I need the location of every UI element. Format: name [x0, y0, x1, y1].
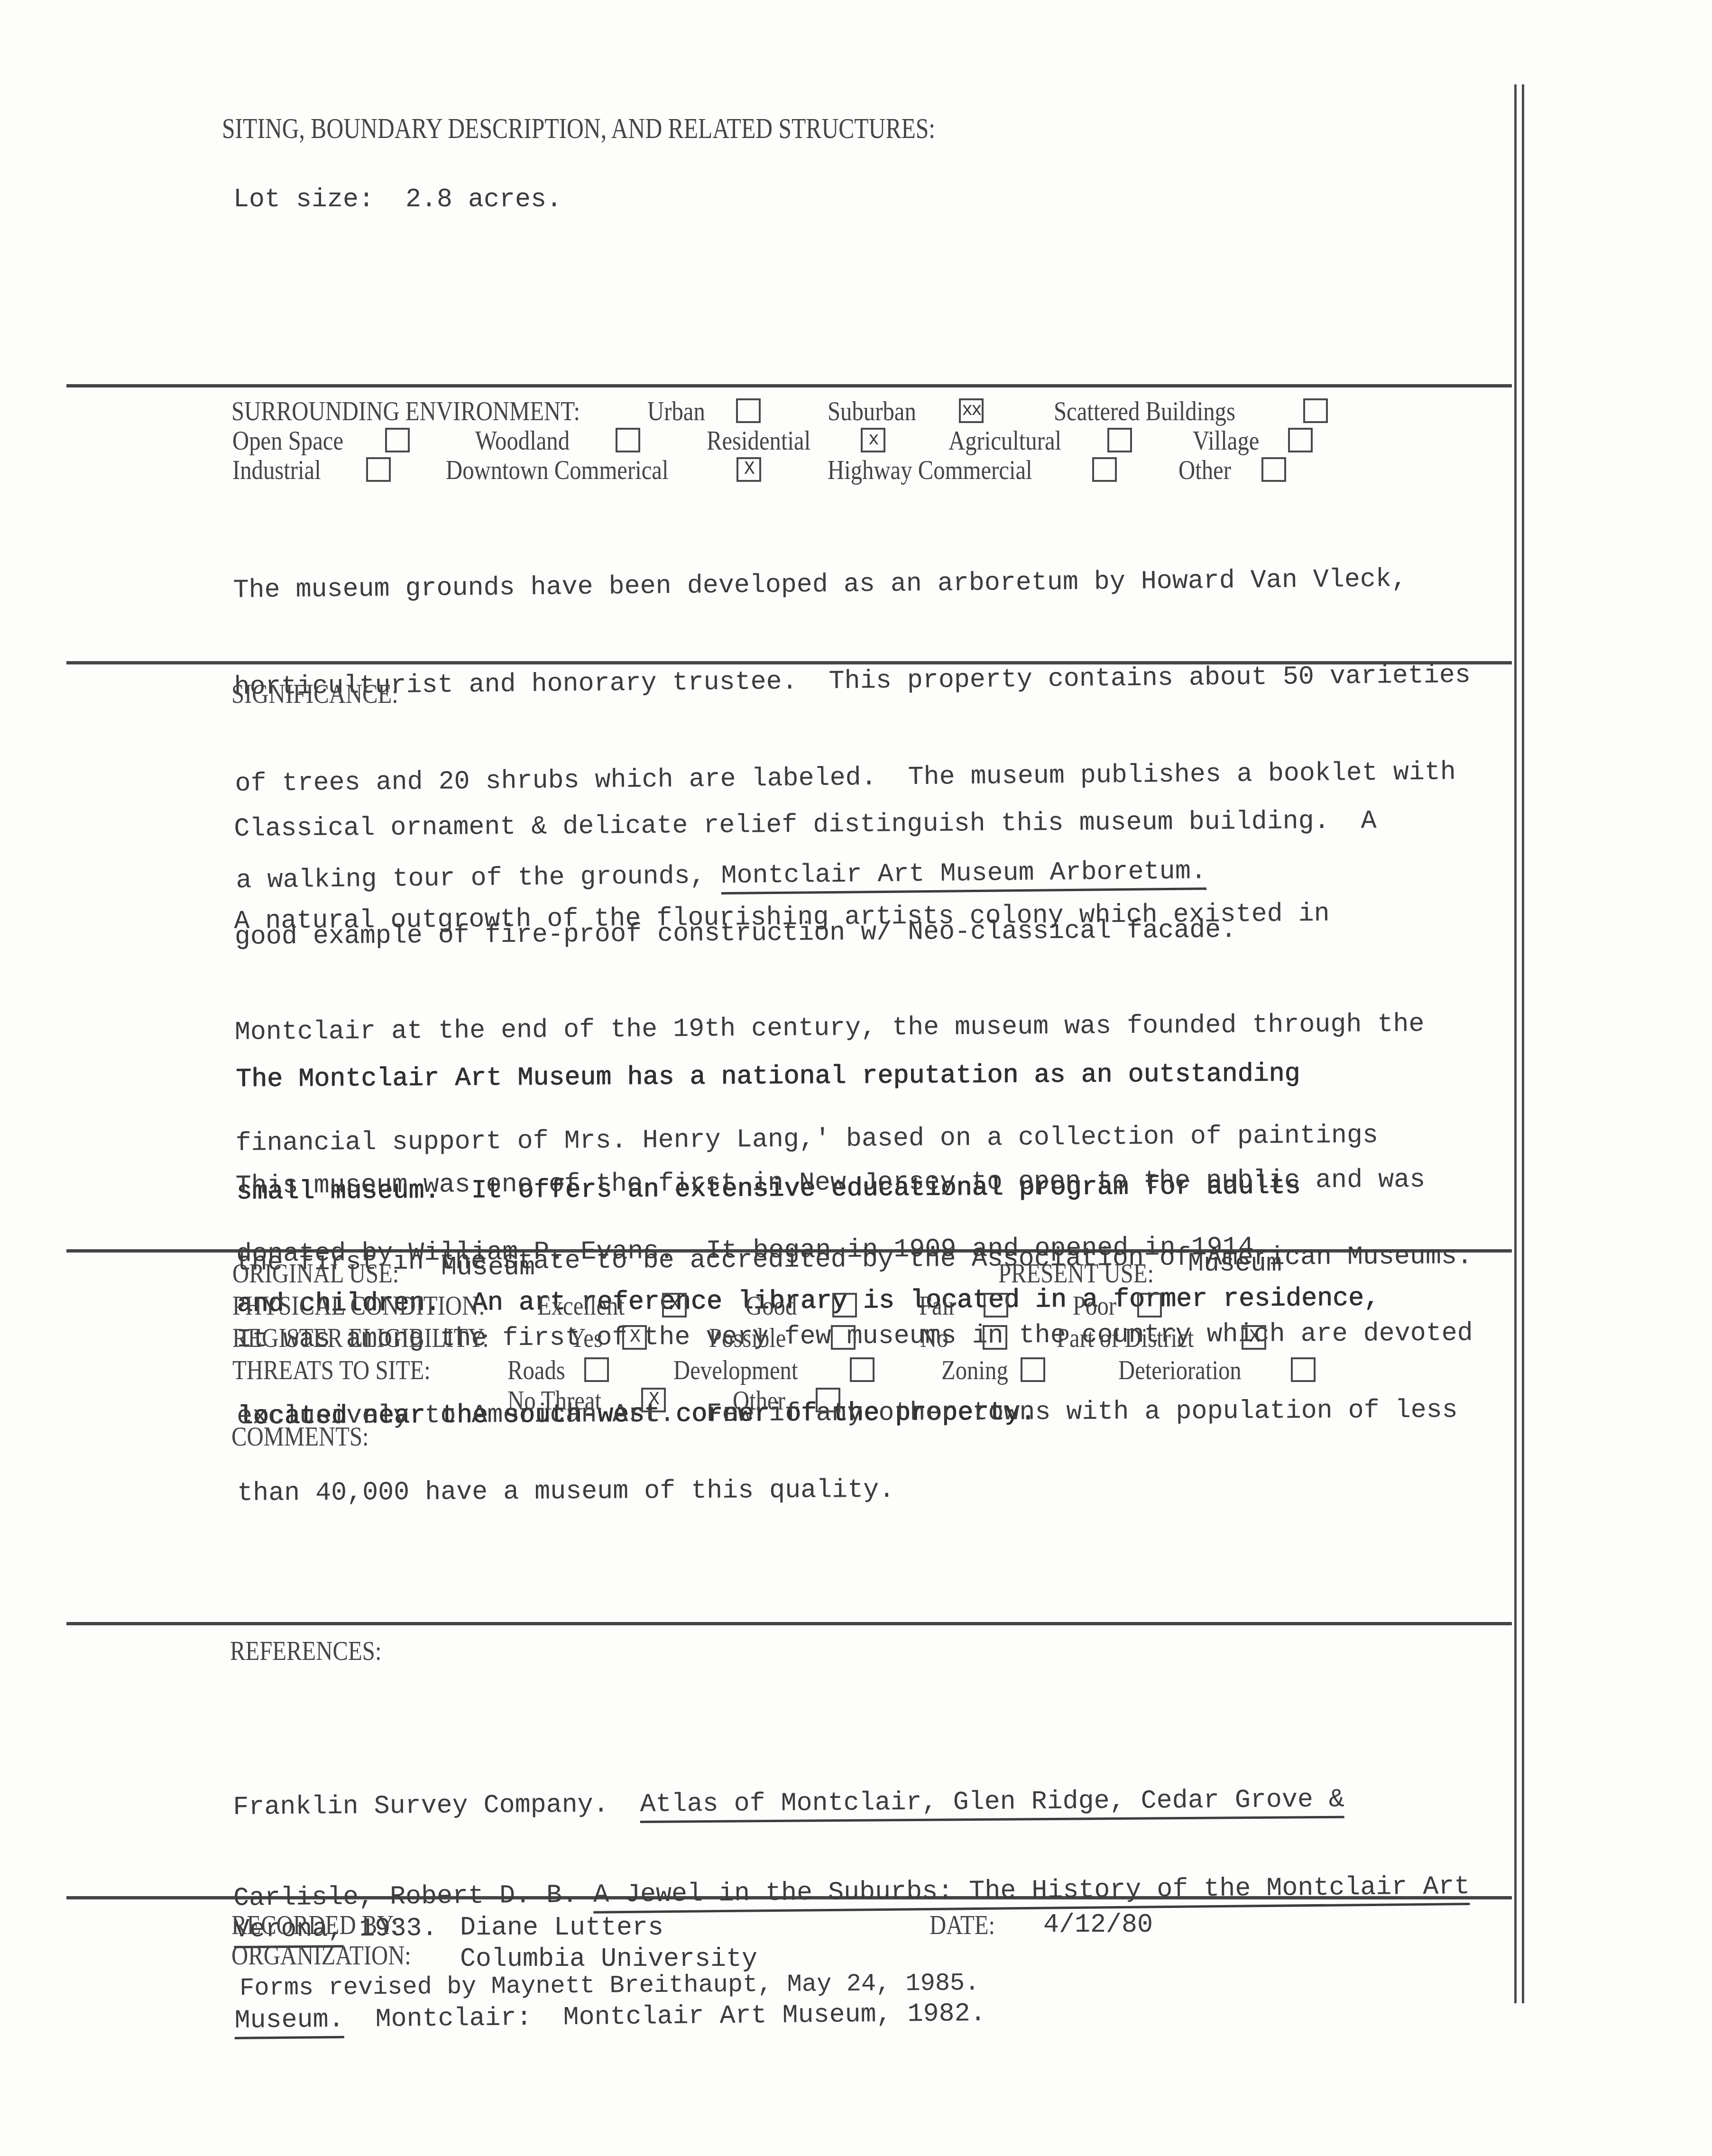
- register-eligibility-label: REGISTER ELIGIBILITY:: [232, 1324, 489, 1352]
- env-checkbox-highway-commercial[interactable]: [1092, 457, 1117, 482]
- env-option-other-label: Other: [1178, 456, 1231, 484]
- env-option-industrial-label: Industrial: [232, 456, 321, 484]
- env-checkbox-other[interactable]: [1261, 457, 1286, 482]
- env-option-urban-label: Urban: [647, 397, 705, 425]
- env-option-village-label: Village: [1193, 427, 1259, 454]
- text-line: The Montclair Art Museum has a national …: [236, 1054, 1379, 1098]
- original-use-value: Museum: [441, 1252, 535, 1283]
- env-checkbox-downtown-commerical[interactable]: X: [736, 457, 761, 482]
- checkbox-mark: x: [863, 430, 884, 451]
- physical-condition-label: PHYSICAL CONDITION:: [232, 1292, 485, 1319]
- condition-option-fair-label: Fair: [919, 1292, 956, 1319]
- surrounding-environment-label: SURROUNDING ENVIRONMENT:: [231, 397, 580, 425]
- env-option-highway-commercial-label: Highway Commercial: [828, 456, 1032, 484]
- threat-checkbox-deterioration[interactable]: [1291, 1357, 1316, 1382]
- section-divider-4: [66, 1622, 1512, 1625]
- threat-checkbox-roads[interactable]: [584, 1357, 609, 1382]
- env-checkbox-residential[interactable]: x: [861, 428, 885, 452]
- text-segment: Montclair: Montclair Art Museum, 1982.: [344, 1999, 986, 2035]
- checkbox-mark: X: [1243, 1327, 1264, 1348]
- text-line: exclusively to American Art. Few if any …: [237, 1397, 1473, 1429]
- section-divider-1: [66, 384, 1512, 387]
- checkbox-mark: X: [664, 1295, 685, 1316]
- text-segment: Carlisle, Robert D. B.: [233, 1880, 594, 1913]
- threat-option-no-threat-label: No Threat: [507, 1387, 601, 1414]
- condition-option-poor-label: Poor: [1073, 1292, 1116, 1319]
- condition-checkbox-fair[interactable]: [984, 1293, 1008, 1318]
- register-checkbox-yes[interactable]: X: [622, 1325, 647, 1350]
- date-label: DATE:: [930, 1911, 995, 1939]
- present-use-label: PRESENT USE:: [998, 1260, 1154, 1287]
- env-checkbox-open-space[interactable]: [385, 428, 410, 452]
- date-value: 4/12/80: [1043, 1909, 1153, 1941]
- siting-section-title: SITING, BOUNDARY DESCRIPTION, AND RELATE…: [222, 114, 935, 143]
- env-option-agricultural-label: Agricultural: [948, 427, 1061, 454]
- original-use-label: ORIGINAL USE:: [232, 1260, 399, 1287]
- env-checkbox-village[interactable]: [1288, 428, 1313, 452]
- text-line: Carlisle, Robert D. B. A Jewel in the Su…: [233, 1866, 1470, 1919]
- threats-to-site-label: THREATS TO SITE:: [232, 1356, 431, 1384]
- env-option-suburban-label: Suburban: [828, 397, 916, 425]
- survey-form-page: SITING, BOUNDARY DESCRIPTION, AND RELATE…: [0, 0, 1712, 2156]
- significance-label: SIGNIFICANCE:: [231, 680, 398, 708]
- register-checkbox-possible[interactable]: [831, 1325, 856, 1350]
- register-option-part-of-district-label: Part of District: [1057, 1324, 1194, 1352]
- text-line: than 40,000 have a museum of this qualit…: [237, 1474, 1474, 1506]
- env-checkbox-woodland[interactable]: [616, 428, 640, 452]
- text-line: The museum grounds have been developed a…: [233, 562, 1470, 607]
- env-checkbox-scattered-buildings[interactable]: [1303, 398, 1328, 423]
- env-checkbox-urban[interactable]: [736, 398, 761, 423]
- right-margin-rule-outer: [1514, 84, 1517, 2003]
- checkbox-mark: X: [624, 1327, 645, 1348]
- threat-checkbox-no-threat[interactable]: X: [641, 1388, 666, 1412]
- register-checkbox-no[interactable]: [983, 1325, 1007, 1350]
- register-option-no-label: No: [920, 1324, 948, 1352]
- env-option-scattered-buildings-label: Scattered Buildings: [1054, 397, 1235, 425]
- recorded-by-label: RECORDED BY:: [231, 1911, 398, 1939]
- env-option-woodland-label: Woodland: [475, 427, 570, 454]
- threat-option-zoning-label: Zoning: [941, 1356, 1008, 1384]
- threat-checkbox-zoning[interactable]: [1021, 1357, 1045, 1382]
- reference-entry-2: Carlisle, Robert D. B. A Jewel in the Su…: [232, 1785, 1472, 2123]
- organization-label: ORGANIZATION:: [231, 1942, 411, 1969]
- checkbox-mark: X: [738, 459, 759, 480]
- condition-option-excellent-label: Excellent: [537, 1292, 625, 1319]
- threat-option-development-label: Development: [673, 1356, 798, 1384]
- env-option-downtown-commerical-label: Downtown Commerical: [446, 456, 669, 484]
- comments-label: COMMENTS:: [231, 1423, 369, 1450]
- env-option-open-space-label: Open Space: [232, 427, 343, 454]
- underlined-title: A Jewel in the Suburbs: The History of t…: [593, 1871, 1470, 1914]
- references-label: REFERENCES:: [230, 1637, 381, 1665]
- present-use-value: Museum: [1188, 1248, 1282, 1280]
- recorded-by-value: Diane Lutters: [460, 1912, 663, 1944]
- text-line: This museum was one of the first in New …: [236, 1167, 1473, 1199]
- right-margin-rule-inner: [1522, 84, 1524, 2003]
- revision-note: Forms revised by Maynett Breithaupt, May…: [239, 1969, 980, 2003]
- env-checkbox-agricultural[interactable]: [1107, 428, 1132, 452]
- env-option-residential-label: Residential: [707, 427, 810, 454]
- condition-checkbox-excellent[interactable]: X: [662, 1293, 687, 1318]
- condition-checkbox-poor[interactable]: [1137, 1293, 1162, 1318]
- checkbox-mark: X: [643, 1390, 664, 1410]
- text-line: A natural outgrowth of the flourishing a…: [234, 894, 1424, 940]
- lot-size-line: Lot size: 2.8 acres.: [233, 184, 562, 215]
- underlined-title: Museum.: [234, 2005, 344, 2039]
- register-checkbox-part-of-district[interactable]: X: [1242, 1325, 1266, 1350]
- register-option-yes-label: Yes: [569, 1324, 603, 1352]
- env-checkbox-industrial[interactable]: [366, 457, 391, 482]
- condition-checkbox-good[interactable]: [832, 1293, 857, 1318]
- register-option-possible-label: Possible: [709, 1324, 786, 1352]
- threat-option-deterioration-label: Deterioration: [1118, 1356, 1242, 1384]
- env-checkbox-suburban[interactable]: xx: [959, 398, 984, 423]
- threat-option-roads-label: Roads: [507, 1356, 565, 1384]
- text-line: the first in the state to be accredited …: [236, 1244, 1473, 1276]
- checkbox-mark: xx: [961, 400, 982, 421]
- condition-option-good-label: Good: [746, 1292, 797, 1319]
- text-line: horticulturist and honorary trustee. Thi…: [234, 659, 1471, 703]
- threat-checkbox-development[interactable]: [850, 1357, 874, 1382]
- threat-checkbox-other[interactable]: [816, 1388, 840, 1412]
- threat-option-other-label: Other: [733, 1387, 785, 1414]
